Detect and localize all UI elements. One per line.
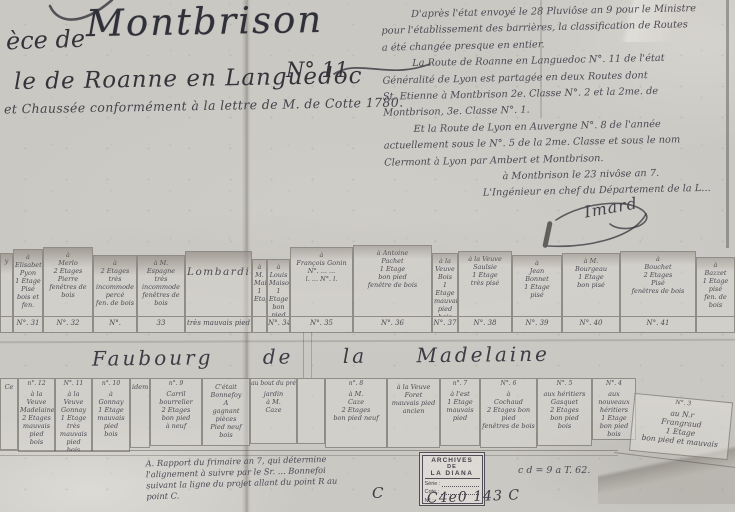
house-owner-label: à Gonnay 1 Etage mauvais pied bois [93, 387, 129, 451]
house-number: au bout du pré [251, 379, 296, 387]
house-number: N°. 11 [56, 379, 91, 387]
house-owner-label: à M. Maison 1 Etage [253, 260, 266, 316]
house-owner-label: aux héritiers Gasquet 2 Etages bon pied … [538, 387, 591, 445]
house-owner-label: aux nouveaux héritiers 1 Etage bon pied … [593, 387, 635, 439]
cote-handwritten: C4e0 143 C [427, 487, 521, 506]
point-label-c: C [372, 484, 383, 502]
house-column: n°. 8 à M. Caze 2 Etages bon pied neuf [325, 378, 387, 448]
house-number: N°. 32 [44, 316, 92, 332]
house-column: à la Veuve Saulsie 1 Etage très pisé N°.… [458, 251, 512, 333]
house-owner-label: à la Veuve Saulsie 1 Etage très pisé [459, 252, 511, 316]
house-column: à M. Espagne très incommode fenêtres de … [137, 255, 185, 333]
house-column: N°. 6 à Cochaud 2 Etages bon pied fenêtr… [480, 378, 537, 448]
house-number: n°. 8 [326, 379, 386, 387]
house-owner-label: au N.r Frangraud 1 Etage bon pied et mau… [630, 402, 731, 459]
house-owner-label [298, 380, 324, 443]
house-column: à M. Maison 1 Etage [252, 259, 267, 333]
house-owner-label: à la Veuve Madelaine 2 Etages mauvais pi… [19, 387, 54, 451]
house-owner-label: Carril bourrelier 2 Etages bon pied à ne… [151, 387, 201, 445]
house-owner-label: à Bouchet 2 Etages Pisé fenêtres de bois [621, 252, 695, 316]
stamp-series-label: Série : [425, 480, 441, 489]
house-column: à la Veuve Foret mauvais pied ancien [387, 378, 440, 448]
house-owner-label: à Merlo 2 Etages Pierre fenêtres de bois [44, 248, 92, 316]
stamp-header: LA DIANA [425, 470, 480, 479]
house-column: à la Veuve Bois 1 Etage mauvais pied boi… [432, 253, 458, 333]
house-column: à Jean Bonnet 1 Etage pisé N°. 39 [512, 255, 562, 333]
house-column: N°. 11 à la Veuve Gonnay 1 Etage très ma… [55, 378, 92, 452]
house-owner-label: à 2 Etages très incommode percé fen. de … [94, 256, 136, 316]
house-column: à Bazzet 1 Etage pisé fen. de bois [696, 257, 735, 333]
house-number: N°. 34 [268, 316, 289, 332]
stamp-header: ARCHIVES [425, 457, 480, 464]
house-column: à Antoine Pachet 1 Etage bon pied fenêtr… [353, 245, 432, 333]
house-number: N°. 40 [563, 316, 619, 332]
house-number: N°. 38 [459, 316, 511, 332]
house-owner-label: jardin à M. Caze [251, 387, 296, 443]
house-owner-label: à Antoine Pachet 1 Etage bon pied fenêtr… [354, 246, 431, 316]
house-owner-label: Ce [1, 380, 17, 449]
house-column: à François Gonin N°. ... ... l. ... N°. … [290, 247, 353, 333]
house-column: N°. 3 au N.r Frangraud 1 Etage bon pied … [629, 393, 733, 460]
house-column: n°. 7 à l'est 1 Etage mauvais pied [440, 378, 480, 446]
house-number [1, 316, 12, 332]
house-number: n°. 7 [441, 379, 479, 387]
house-owner-label: à la Veuve Foret mauvais pied ancien [388, 380, 439, 447]
house-number: N°. 4 [593, 379, 635, 387]
house-column: n°. 9 Carril bourrelier 2 Etages bon pie… [150, 378, 202, 446]
house-column: N°. 4 aux nouveaux héritiers 1 Etage bon… [592, 378, 636, 440]
house-owner-label: y [1, 254, 12, 316]
house-number: N°. [94, 316, 136, 332]
house-column: n°. 12 à la Veuve Madelaine 2 Etages mau… [18, 378, 55, 452]
house-owner-label: à M. Espagne très incommode fenêtres de … [138, 256, 184, 316]
house-number: 33 [138, 316, 184, 332]
house-column: C'était Bonnefoy A gagnant pièces Pied n… [202, 378, 250, 446]
house-number: n°. 9 [151, 379, 201, 387]
house-column [297, 378, 325, 444]
house-owner-label: à Bazzet 1 Etage pisé fen. de bois [697, 258, 734, 316]
house-owner-label: à Cochaud 2 Etages bon pied fenêtres de … [481, 387, 536, 447]
house-number: n°. 10 [93, 379, 129, 387]
house-number: N°. 39 [513, 316, 561, 332]
house-column: à M. Bourgeau 1 Etage bon pisé N°. 40 [562, 253, 620, 333]
street-name: Faubourg de la Madelaine [92, 341, 592, 370]
house-number [253, 316, 266, 332]
house-number: N°. 6 [481, 379, 536, 387]
house-column: à Merlo 2 Etages Pierre fenêtres de bois… [43, 247, 93, 333]
house-owner-label: C'était Bonnefoy A gagnant pièces Pied n… [203, 380, 249, 445]
house-number: n°. 12 [19, 379, 54, 387]
house-column: au bout du pré jardin à M. Caze [250, 378, 297, 444]
title-subline: et Chaussée conformément à la lettre de … [4, 95, 404, 117]
dotted-leader [442, 485, 478, 487]
house-column: y [0, 253, 13, 333]
house-owner-label: à la Veuve Bois 1 Etage mauvais pied boi… [433, 254, 457, 316]
house-owner-label: idem [131, 380, 149, 447]
house-number: N°. 36 [354, 316, 431, 332]
house-number: N°. 35 [291, 316, 352, 332]
memo-block: D'après l'état envoyé le 28 Pluviôse an … [381, 0, 735, 204]
house-column: N°. 5 aux héritiers Gasquet 2 Etages bon… [537, 378, 592, 446]
house-column: Lombardio très mauvais pied [185, 251, 252, 333]
upper-facade-strip: y à Elisabeth Pyon 1 Etage Pisé bois et … [0, 245, 735, 333]
house-number: N°. 41 [621, 316, 695, 332]
house-column: à Bouchet 2 Etages Pisé fenêtres de bois… [620, 251, 696, 333]
house-number: N°. 31 [14, 316, 42, 332]
house-owner-label: à Elisabeth Pyon 1 Etage Pisé bois et fe… [14, 250, 42, 316]
house-owner-label: Lombardio [186, 252, 251, 316]
house-owner-label: à l'est 1 Etage mauvais pied [441, 387, 479, 445]
road-edge-line [0, 339, 735, 344]
document-photo: èce de Montbrison le de Roanne en Langue… [0, 0, 735, 512]
house-owner-label: à François Gonin N°. ... ... l. ... N°. … [291, 248, 352, 316]
margin-note: A. Rapport du frimaire an 7, qui détermi… [145, 454, 336, 503]
document-title: Montbrison [86, 0, 324, 45]
title-prefix: èce de [6, 25, 86, 56]
house-owner-label: à M. Caze 2 Etages bon pied neuf [326, 387, 386, 447]
house-owner-label: à la Veuve Gonnay 1 Etage très mauvais p… [56, 387, 91, 451]
house-column: n°. 10 à Gonnay 1 Etage mauvais pied boi… [92, 378, 130, 452]
house-column: Ce [0, 378, 18, 450]
house-owner-label: à Louis Maison 1 Etage bon pied [268, 260, 289, 316]
house-number: N°. 37 [433, 316, 457, 332]
house-number: N°. 5 [538, 379, 591, 387]
house-number: très mauvais pied [186, 316, 251, 332]
house-column: à Louis Maison 1 Etage bon pied N°. 34 [267, 259, 290, 333]
house-column: à 2 Etages très incommode percé fen. de … [93, 255, 137, 333]
house-column: à Elisabeth Pyon 1 Etage Pisé bois et fe… [13, 249, 43, 333]
stamp-series-field: Série : [425, 480, 480, 489]
house-owner-label: à Jean Bonnet 1 Etage pisé [513, 256, 561, 316]
measure-annotation: c d = 9 a T. 62. [518, 465, 590, 476]
house-column: idem [130, 378, 150, 448]
house-number [697, 316, 734, 332]
house-owner-label: à M. Bourgeau 1 Etage bon pisé [563, 254, 619, 316]
